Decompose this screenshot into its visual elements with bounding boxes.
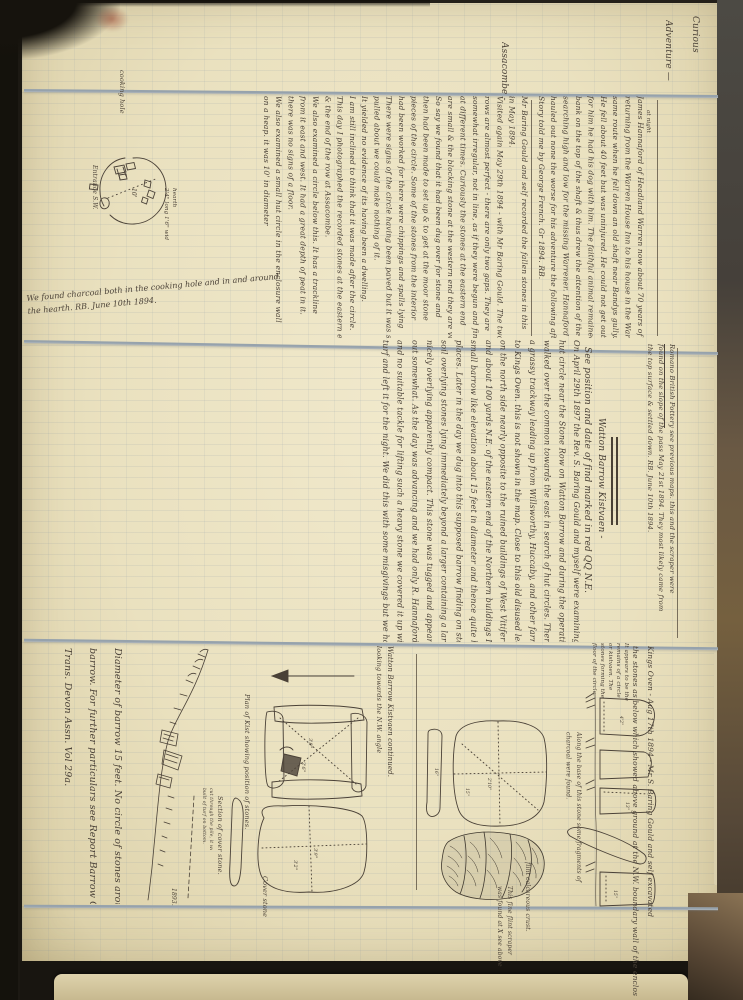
handwritten-line: bank on the top of the shaft & thus drew… [572,96,584,338]
red-ink-smudge [95,6,129,32]
handwritten-line: soil overlying stones lying immediately … [436,340,451,642]
cover-measure: 3'9" [312,848,318,858]
entrance-label: Entrance S.W. [91,165,98,217]
handwritten-line: in May 1894. [505,96,517,338]
pottery-note: Romano British Pottery see previous maps… [640,344,677,640]
next-page-edge [54,974,688,1000]
margin-word-adventure: Adventure — [663,20,673,116]
handwritten-line: for him he had his dog with him. The fai… [584,96,596,338]
handwritten-line: from it east and west. It had a great de… [296,96,308,338]
handwritten-line: cut through the pile, it was dug over a … [207,788,214,850]
kist-measure: 2'6" [300,761,306,772]
handwritten-line: had been worked for there were chippings… [395,96,407,338]
handwritten-line: This fine flint scraper [504,886,514,998]
barrow-note: Diameter of barrow 15 feet. No circle of… [30,648,130,904]
kist-plan-sketch: 3'8" 2'6" 3'9" 3'2" [214,658,370,918]
round-stone-measure: 15" [464,788,470,796]
handwritten-line: on a heap. it was 10' in diameter [259,96,271,338]
handwritten-line: Diameter of barrow 15 feet. No circle of… [105,648,130,904]
assacombe-entry: Mr Baring Gould and self recorded the fa… [258,96,530,338]
kistvaen-heading: Watton Barrow Kistvaen - [596,418,606,553]
handwritten-line: small barrow like elevation about 15 fee… [465,340,480,642]
handwritten-line: and no suitable tackle for lifting such … [392,340,407,642]
handwritten-line: on the north side nearly opposite to the… [495,340,510,642]
handwritten-line: Story told me by George French. Gr 1894.… [534,96,546,338]
handwritten-line: charcoal were found. [562,732,573,940]
handwritten-line: hut circle near the Stone Row on Watton … [554,340,569,642]
cover-measure: 3'2" [292,860,298,870]
kistvaen-subheading: See position and date of find marked in … [582,347,592,643]
handwritten-line: Mr Baring Gould and self recorded the fa… [518,96,530,338]
entry-end-double-bar [611,437,618,525]
handwritten-line: are small & the blocking stone at the we… [444,96,456,338]
handwritten-line: turf and left it for the night. We did t… [377,340,392,642]
barrow-year: 1893. [170,888,177,908]
handwritten-line: We also examined a small hut circle in t… [272,96,284,338]
notebook-scan: Curious Adventure — Assacombe - James Ha… [0,0,743,1000]
round-stone-measure: 2'10" [486,777,492,790]
handwritten-line: rows are almost perfect - there are only… [481,96,493,338]
stone-measure: 15" [612,890,618,898]
handwritten-line: searching high and low for the missing W… [559,96,571,338]
handwritten-line: places. Later in the day we dug into thi… [451,340,466,642]
handwritten-line: He fell about 40 feet but was uninjured.… [596,96,608,338]
flint-crust-label: flint calcareous crust. [524,862,531,994]
handwritten-line: walked over the common towards the east … [539,340,554,642]
kistvaen-continued-subcaption: looking towards the N.W. angle [375,646,383,768]
handwritten-line: barrow. For further particulars see Repo… [80,648,105,904]
handwritten-line: We also examined a circle below this. It… [309,96,321,338]
entry-rule [531,100,532,336]
handwritten-line: Trans. Devon Assn. Vol 29a. [55,648,80,904]
handwritten-line: It yielded no evidence of its having bee… [358,96,370,338]
margin-word-curious: Curious [690,16,700,88]
handwritten-line: built of turf on bottom. [200,788,207,850]
handwritten-line: the top surface & settled down. RB. June… [644,344,655,640]
kistvaen-continued-caption: Watton Barrow Kistvaen continued. [386,646,394,782]
handwritten-line: there was no signs of a floor. [284,96,296,338]
side-stone-measure: 16" [433,768,439,776]
handwritten-line: nicely overlying apparently compact. Thi… [421,340,436,642]
handwritten-line: I am still inclined to think that it was… [346,96,358,338]
stone-measure: 4'2" [618,715,624,725]
barrow-tiny-note: cut through the pile, it was dug over a … [196,788,214,850]
hut-diameter-label: 10' [130,188,137,198]
handwritten-line: On April 29th 1897 the Rev. S. Baring Go… [568,340,583,642]
handwritten-line: pieces of the circle. Some of the stones… [407,96,419,338]
hannaford-entry: James Hannaford of Headland Warren now a… [534,96,646,338]
handwritten-line: Visited again May 29th 1894 - with Mr Ba… [493,96,505,338]
barrow-section-sketch [138,646,218,904]
handwritten-line: & the end of the row at Assacombe. [321,96,333,338]
hearth-label: hearth2'4" long 1'6" wide [160,188,178,240]
handwritten-line: and about 100 yards N.E. of the eastern … [480,340,495,642]
handwritten-line: found on the slope of the pass May 21st … [655,344,666,640]
handwritten-line: at different times. Curiously the stones… [456,96,468,338]
interlinear-note: at night [645,110,651,140]
entry-rule [416,654,417,890]
north-arrow [272,670,288,682]
stone-charcoal-label: Along the base of this stone some fragme… [559,732,583,940]
kistvaen-body: On April 29th 1897 the Rev. S. Baring Go… [376,340,583,642]
cover-stone-label: Cover stone [261,876,269,920]
handwritten-line: returning from the Warren House Inn to h… [621,96,633,338]
stone-measure: 13" [624,802,630,810]
handwritten-line: Along the base of this stone some fragme… [573,732,584,940]
handwritten-line: same route when he fell down an old shaf… [609,96,621,338]
handwritten-line: This day I photographed the recorded sto… [333,96,345,338]
cooking-hole-label: cooking hole [118,70,126,128]
handwritten-line: a grassy trackway leading up from Willsw… [524,340,539,642]
handwritten-line: pulled about we could make nothing of it… [370,96,382,338]
kist-measure: 3'8" [307,738,313,748]
handwritten-line: out somewhat. As the day was advancing a… [407,340,422,642]
pottery-heading: Romano British Pottery [668,344,676,428]
handwritten-line: then had been made to set up & to get at… [419,96,431,338]
entry-rule [677,348,678,638]
handwritten-line: somewhat irregular, not in line, as if t… [469,96,481,338]
album-fore-edge [717,0,743,1000]
handwritten-line: to Kings Oven. this is not shown in the … [509,340,524,642]
handwritten-line: was found at X see above [494,886,504,998]
kist-plan-caption: Plan of Kist showing position of stones. [243,694,251,839]
entry-rule [657,100,658,336]
flint-scraper-label: This fine flint scraperwas found at X se… [492,886,514,998]
handwritten-line: hauled out none the worse for his advent… [547,96,559,338]
handwritten-line: There were signs of the circle having be… [382,96,394,338]
handwritten-line: So say we found that it had been dug ove… [432,96,444,338]
